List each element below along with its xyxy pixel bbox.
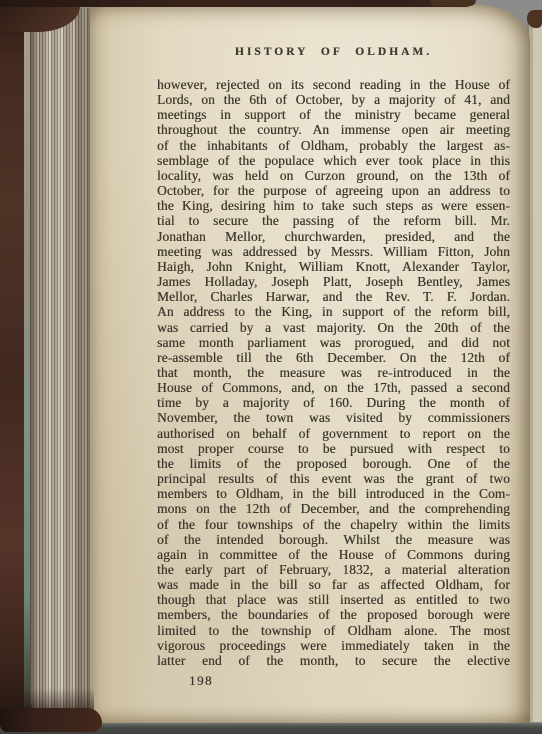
text-line: was carried by a vast majority. On the 2… bbox=[157, 320, 510, 335]
book-spine-leather bbox=[0, 0, 24, 734]
book-page: HISTORY OF OLDHAM. however, rejected on … bbox=[86, 5, 530, 726]
text-line: the limits of the proposed borough. One … bbox=[157, 456, 510, 471]
text-line: tial to secure the passing of the reform… bbox=[157, 213, 510, 228]
scanned-book-photo: HISTORY OF OLDHAM. however, rejected on … bbox=[0, 0, 542, 734]
text-line: October, for the purpose of agreeing upo… bbox=[157, 183, 510, 198]
text-line: the King, desiring him to take such step… bbox=[157, 198, 510, 213]
text-line: throughout the country. An immense open … bbox=[157, 122, 510, 137]
text-line: semblage of the populace which ever took… bbox=[157, 153, 510, 168]
text-line: of the four townships of the chapelry wi… bbox=[157, 517, 510, 532]
text-line: vigorous proceedings were immediately ta… bbox=[157, 638, 510, 653]
text-line: Mellor, Charles Harwar, and the Rev. T. … bbox=[157, 289, 510, 304]
text-line: latter end of the month, to secure the e… bbox=[157, 653, 510, 668]
text-line: however, rejected on its second reading … bbox=[157, 77, 510, 92]
text-line: re-assemble till the 6th December. On th… bbox=[157, 350, 510, 365]
text-line: November, the town was visited by commis… bbox=[157, 410, 510, 425]
text-line: principal results of this event was the … bbox=[157, 471, 510, 486]
text-line: of the intended borough. Whilst the meas… bbox=[157, 532, 510, 547]
cover-board-bottom-left-corner bbox=[0, 708, 102, 732]
text-line: members to Oldham, in the bill introduce… bbox=[157, 486, 510, 501]
cover-fragment-top bbox=[430, 0, 476, 6]
cover-board-top-edge bbox=[0, 0, 472, 7]
text-line: of the inhabitants of Oldham, probably t… bbox=[157, 138, 510, 153]
text-line: limited to the township of Oldham alone.… bbox=[157, 623, 510, 638]
text-line: locality, was held on Curzon ground, on … bbox=[157, 168, 510, 183]
text-line: the early part of February, 1832, a mate… bbox=[157, 562, 510, 577]
text-line: James Holladay, Joseph Platt, Joseph Ben… bbox=[157, 274, 510, 289]
text-line: members, the boundaries of the proposed … bbox=[157, 607, 510, 622]
cover-fragment-top-right bbox=[527, 10, 542, 28]
text-line: House of Commons, and, on the 17th, pass… bbox=[157, 380, 510, 395]
text-line: meetings in support of the ministry beca… bbox=[157, 107, 510, 122]
text-line: An address to the King, in support of th… bbox=[157, 304, 510, 319]
running-header: HISTORY OF OLDHAM. bbox=[157, 46, 510, 58]
text-line: meeting was addressed by Messrs. William… bbox=[157, 244, 510, 259]
text-line: again in committee of the House of Commo… bbox=[157, 547, 510, 562]
page-stack-edges bbox=[30, 8, 90, 716]
text-line: most proper course to be pursued with re… bbox=[157, 441, 510, 456]
text-line: was made in the bill so far as affected … bbox=[157, 577, 510, 592]
text-line: time by a majority of 160. During the mo… bbox=[157, 395, 510, 410]
page-number: 198 bbox=[189, 673, 213, 689]
text-line: Lords, on the 6th of October, by a major… bbox=[157, 92, 510, 107]
text-line: that month, the measure was re-introduce… bbox=[157, 365, 510, 380]
text-line: same month parliament was prorogued, and… bbox=[157, 335, 510, 350]
text-line: Haigh, John Knight, William Knott, Alexa… bbox=[157, 259, 510, 274]
text-line: authorised on behalf of government to re… bbox=[157, 426, 510, 441]
body-text: however, rejected on its second reading … bbox=[157, 77, 510, 668]
text-line: though that place was still inserted as … bbox=[157, 592, 510, 607]
text-line: mons on the 12th of December, and the co… bbox=[157, 501, 510, 516]
text-line: Jonathan Mellor, churchwarden, presided,… bbox=[157, 229, 510, 244]
